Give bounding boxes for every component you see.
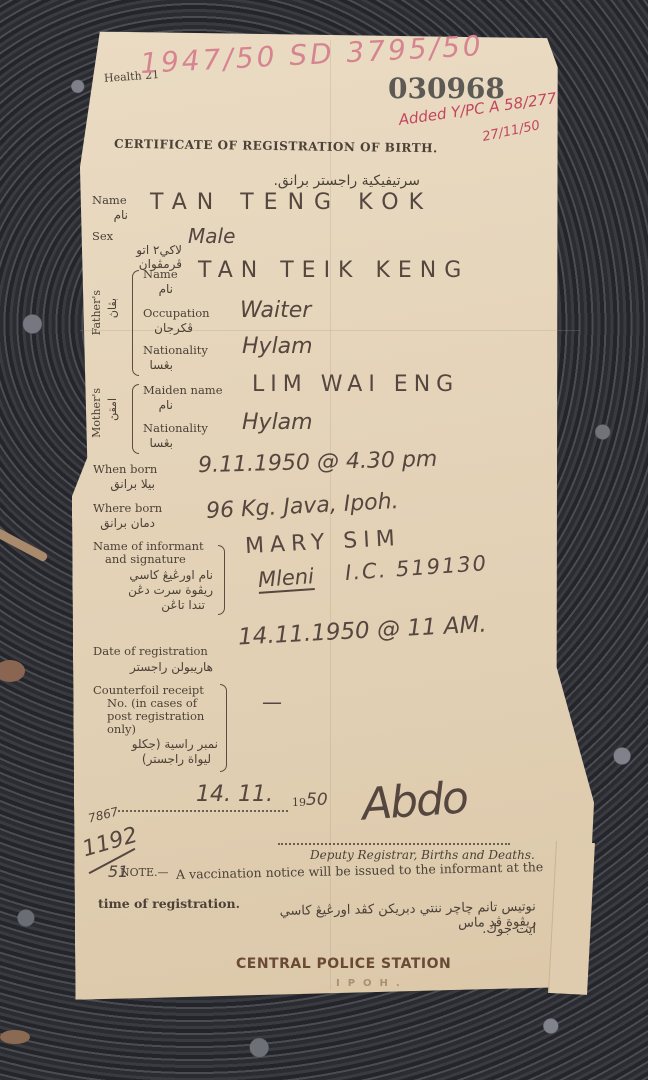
note-text: A vaccination notice will be issued to t… (176, 859, 543, 882)
counterfoil-value: — (262, 690, 282, 714)
margin-note-numerator: 1192 (80, 823, 141, 862)
mother-brace (132, 384, 139, 454)
counterfoil-label-line4: only) (107, 723, 136, 736)
counterfoil-brace (220, 684, 227, 772)
father-nationality-value: Hylam (242, 334, 313, 359)
father-name-label: Name (143, 268, 178, 281)
mother-maiden-name-label: Maiden name (143, 384, 223, 397)
where-born-label: Where born (93, 502, 162, 515)
mother-maiden-name-label-jawi: نام (143, 398, 173, 412)
year-suffix: 50 (306, 790, 328, 810)
signing-date-value: 14. 11. (196, 782, 273, 807)
informant-signature: Mleni (257, 564, 315, 594)
father-occupation-label-jawi: ڤكرجان (143, 321, 193, 335)
margin-note: 7867 (87, 805, 120, 826)
note-prefix: NOTE.— (120, 866, 169, 879)
father-occupation-value: Waiter (240, 298, 311, 323)
father-nationality-label-jawi: بڠسا (143, 358, 173, 372)
registration-date-label-jawi: هاريبولن راجستر (93, 660, 213, 674)
mother-nationality-label-jawi: بڠسا (143, 436, 173, 450)
certificate-title-jawi: سرتيفيكية راجستر برانق. (220, 173, 420, 189)
name-label: Name (92, 194, 127, 207)
red-annotation-date: 27/11/50 (481, 118, 541, 145)
informant-label-jawi3: تندا تاڠن (93, 598, 205, 612)
informant-ic-number: I.C. 519130 (344, 551, 488, 585)
father-name-value: TAN TEIK KENG (198, 258, 469, 283)
registration-date-value: 14.11.1950 @ 11 AM. (237, 612, 487, 651)
informant-brace (218, 545, 225, 615)
police-station-stamp: CENTRAL POLICE STATION (236, 956, 451, 972)
mothers-group-label: Mother's (90, 388, 103, 438)
counterfoil-label-jawi2: ليواة راجستر) (93, 752, 211, 766)
year-prefix: 19 (292, 796, 306, 809)
informant-label-jawi: نام اورڠيڠ كاسي (93, 568, 213, 582)
counterfoil-label-jawi: نمبر راسية (جكلو (93, 737, 218, 751)
registrar-signature: Abdo (360, 772, 468, 830)
certificate-title: CERTIFICATE OF REGISTRATION OF BIRTH. (114, 137, 438, 156)
note-text-line2: time of registration. (98, 896, 240, 911)
mother-maiden-name-value: LIM WAI ENG (252, 372, 459, 397)
sex-label: Sex (92, 230, 113, 243)
child-name-value: TAN TENG KOK (150, 190, 433, 215)
when-born-value: 9.11.1950 @ 4.30 pm (198, 447, 438, 478)
father-name-label-jawi: نام (143, 282, 173, 296)
where-born-label-jawi: دمان برانق (93, 516, 155, 530)
signature-dotted-line (278, 843, 510, 845)
mother-nationality-value: Hylam (242, 410, 313, 435)
name-label-jawi: نام (92, 208, 128, 222)
informant-name-value: MARY SIM (244, 526, 401, 559)
informant-label-line2: and signature (105, 553, 186, 566)
fathers-group-label: Father's (90, 290, 103, 335)
where-born-value: 96 Kg. Java, Ipoh. (205, 489, 399, 524)
date-dotted-line (118, 810, 288, 812)
when-born-label: When born (93, 463, 157, 476)
sex-value: Male (188, 224, 235, 248)
registration-date-label: Date of registration (93, 645, 208, 658)
fathers-group-label-jawi: بڤاڽ (106, 298, 119, 318)
father-brace (132, 270, 139, 376)
father-occupation-label: Occupation (143, 307, 210, 320)
certificate-content: Health 21 1947/50 SD 3795/50 030968 Adde… (0, 0, 648, 1080)
father-nationality-label: Nationality (143, 344, 208, 357)
note-jawi-line2: ايت جوك. (98, 922, 536, 937)
when-born-label-jawi: بيلا برانق (93, 477, 155, 491)
mother-nationality-label: Nationality (143, 422, 208, 435)
police-station-stamp-city: IPOH. (336, 978, 408, 989)
informant-label-jawi2: ريڤوة سرت دڠن (93, 583, 213, 597)
mothers-group-label-jawi: امقڽ (106, 398, 119, 421)
